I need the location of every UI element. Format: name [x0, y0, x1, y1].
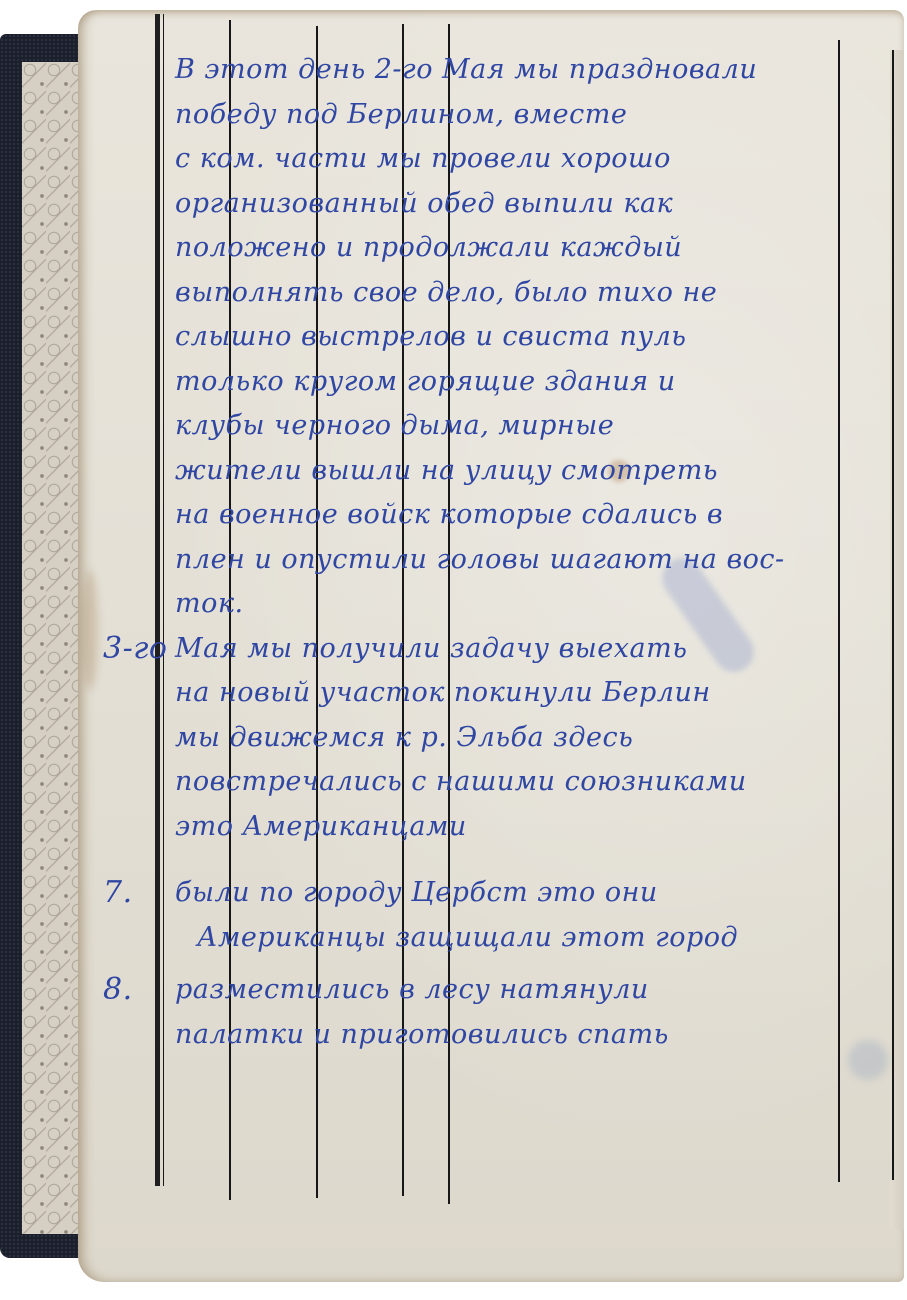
date-label: 8. — [103, 968, 133, 1013]
margin-rule — [155, 14, 160, 1186]
text-line: это Американцами — [175, 805, 885, 850]
text-line: повстречались с нашими союзниками — [175, 760, 885, 805]
diary-entry-may-3: 3-го Мая мы получили задачу выехать на н… — [175, 627, 885, 850]
text-line: на новый участок покинули Берлин — [175, 671, 885, 716]
diary-entry-may-7: 7. были по городу Цербст это они Америка… — [175, 871, 885, 960]
entry-gap — [175, 849, 885, 871]
text-line: только кругом горящие здания и — [175, 360, 885, 405]
text-line: слышно выстрелов и свиста пуль — [175, 315, 885, 360]
diary-entry-may-8: 8. разместились в лесу натянули палатки … — [175, 968, 885, 1057]
text-line: жители вышли на улицу смотреть — [175, 449, 885, 494]
text-line-content: Мая мы получили задачу выехать — [175, 633, 687, 664]
text-line: положено и продолжали каждый — [175, 226, 885, 271]
text-line: с ком. части мы провели хорошо — [175, 137, 885, 182]
text-line: победу под Берлином, вместе — [175, 93, 885, 138]
text-line: плен и опустили головы шагают на вос- — [175, 538, 885, 583]
text-line: выполнять свое дело, было тихо не — [175, 271, 885, 316]
text-line: мы движемся к р. Эльба здесь — [175, 716, 885, 761]
text-line: 8. разместились в лесу натянули — [175, 968, 885, 1013]
date-label: 7. — [103, 871, 133, 916]
date-label: 3-го — [103, 627, 167, 672]
text-line-content: были по городу Цербст это они — [175, 877, 658, 908]
handwritten-text: В этот день 2-го Мая мы праздновали побе… — [175, 48, 885, 1057]
margin-rule-thin — [163, 14, 164, 1186]
patterned-endpaper — [22, 62, 86, 1234]
text-line: палатки и приготовились спать — [175, 1013, 885, 1058]
text-line: ток. — [175, 582, 885, 627]
paper-stain — [82, 570, 98, 690]
diary-entry-may-2: В этот день 2-го Мая мы праздновали побе… — [175, 48, 885, 627]
text-line: 3-го Мая мы получили задачу выехать — [175, 627, 885, 672]
text-line: на военное войск которые сдались в — [175, 493, 885, 538]
text-line: В этот день 2-го Мая мы праздновали — [175, 48, 885, 93]
text-line: Американцы защищали этот город — [175, 916, 885, 961]
text-line: организованный обед выпили как — [175, 182, 885, 227]
text-line: клубы черного дыма, мирные — [175, 404, 885, 449]
text-line: 7. были по городу Цербст это они — [175, 871, 885, 916]
column-rule — [892, 50, 894, 1180]
text-line-content: разместились в лесу натянули — [175, 974, 649, 1005]
